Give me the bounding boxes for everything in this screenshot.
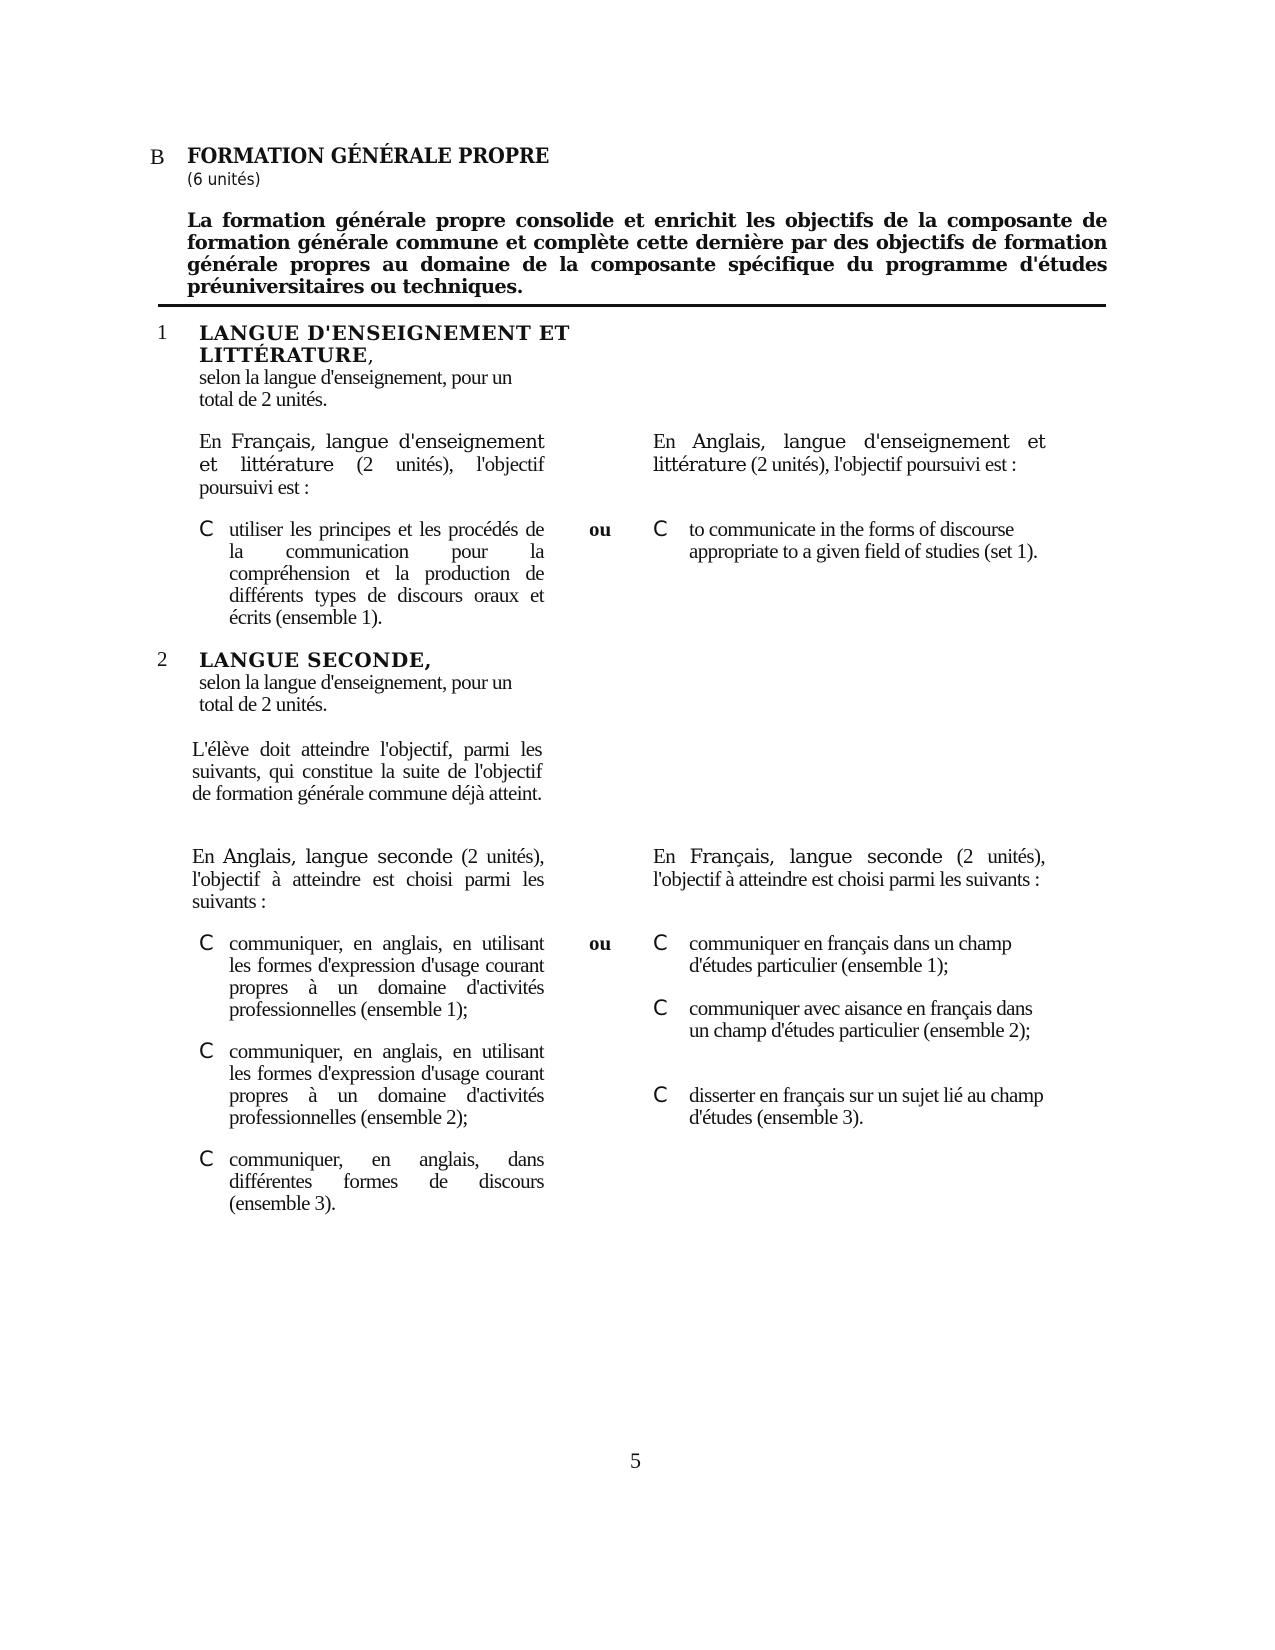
bullet-icon: C: [653, 517, 668, 541]
objective-text: communiquer, en anglais, dans différente…: [229, 1148, 544, 1214]
course-name: Français, langue seconde: [690, 845, 943, 868]
bullet-icon: C: [199, 1039, 214, 1063]
item-number: 1: [157, 320, 168, 345]
section-title: FORMATION GÉNÉRALE PROPRE: [187, 143, 549, 168]
bullet-icon: C: [653, 1083, 668, 1107]
bullet-icon: C: [653, 996, 668, 1020]
objective-intro-right: En Français, langue seconde (2 unités), …: [653, 845, 1045, 890]
item-title-suffix: ,: [367, 343, 374, 367]
objective-text: disserter en français sur un sujet lié a…: [689, 1084, 1049, 1128]
bullet-icon: C: [199, 517, 214, 541]
bullet-icon: C: [199, 931, 214, 955]
objective-text: utiliser les principes et les procédés d…: [229, 518, 544, 628]
bullet-icon: C: [653, 931, 668, 955]
bullet-icon: C: [199, 1147, 214, 1171]
or-separator: ou: [589, 517, 611, 542]
item-title: LANGUE SECONDE,: [199, 649, 579, 671]
section-letter: B: [150, 144, 165, 170]
objective-text: to communicate in the forms of discourse…: [689, 518, 1049, 562]
item-subtitle: selon la langue d'enseignement, pour un …: [199, 366, 529, 410]
item-number: 2: [157, 647, 168, 672]
course-name: Anglais, langue seconde: [223, 845, 453, 868]
objective-text: communiquer avec aisance en français dan…: [689, 997, 1049, 1041]
objective-intro-right: En Anglais, langue d'enseignement et lit…: [653, 430, 1045, 476]
section-units: (6 unités): [187, 170, 261, 190]
intro-suffix: (2 unités), l'objectif poursuivi est :: [746, 452, 1016, 476]
item-title: LANGUE D'ENSEIGNEMENT ET LITTÉRATURE,: [199, 322, 579, 366]
objective-intro-left: En Français, langue d'enseignement et li…: [199, 430, 544, 498]
or-separator: ou: [589, 931, 611, 956]
intro-prefix: En: [192, 844, 223, 868]
horizontal-rule: [158, 304, 1106, 307]
intro-prefix: En: [199, 429, 231, 453]
objective-text: communiquer en français dans un champ d'…: [689, 932, 1049, 976]
item-subtitle: selon la langue d'enseignement, pour un …: [199, 671, 544, 715]
objective-intro-left: En Anglais, langue seconde (2 unités), l…: [192, 845, 544, 912]
intro-prefix: En: [653, 429, 692, 453]
objective-text: communiquer, en anglais, en utilisant le…: [229, 932, 544, 1020]
objective-text: communiquer, en anglais, en utilisant le…: [229, 1040, 544, 1128]
item-title-text: LANGUE D'ENSEIGNEMENT ET LITTÉRATURE: [199, 321, 570, 367]
page-number: 5: [630, 1448, 641, 1474]
section-intro: La formation générale propre consolide e…: [187, 210, 1107, 298]
item-note: L'élève doit atteindre l'objectif, parmi…: [192, 738, 542, 804]
intro-prefix: En: [653, 844, 690, 868]
